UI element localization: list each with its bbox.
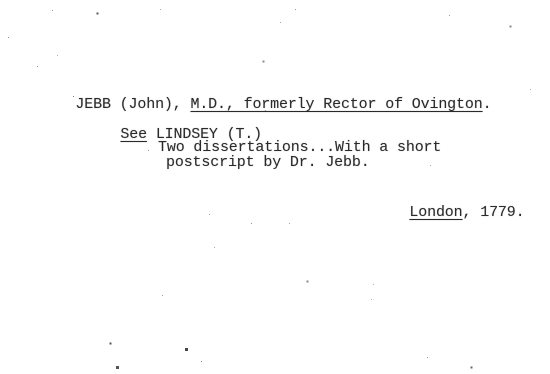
imprint-line: London, 1779. xyxy=(374,189,524,237)
imprint-date: , 1779. xyxy=(463,204,525,221)
catalog-card-scan: JEBB (John), M.D., formerly Rector of Ov… xyxy=(0,0,550,374)
heading-trailing-period: . xyxy=(483,96,492,113)
see-keyword-underlined: See xyxy=(120,126,147,143)
description-line-2: postscript by Dr. Jebb. xyxy=(166,155,370,171)
scan-noise-specks xyxy=(0,0,1,1)
imprint-place-underlined: London xyxy=(409,204,462,221)
